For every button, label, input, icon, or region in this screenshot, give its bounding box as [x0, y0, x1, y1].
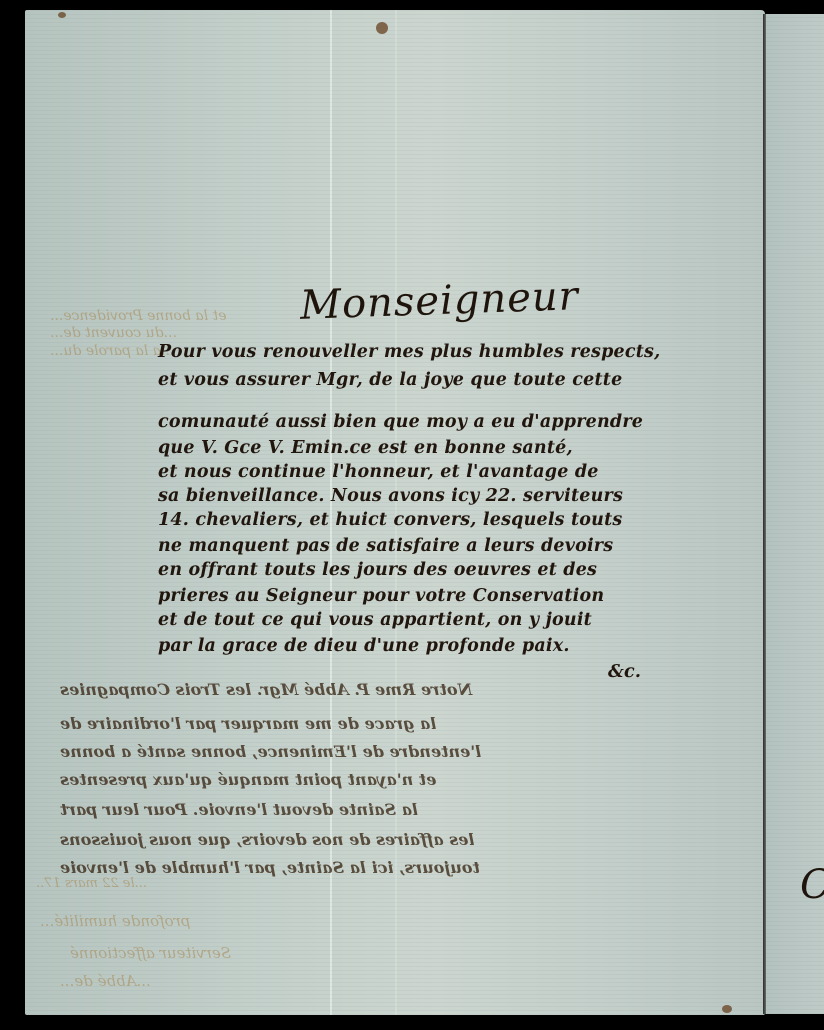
letter-line: ne manquent pas de satisfaire a leurs de… [158, 536, 758, 556]
bleed-through-line: ...a la parole du... [50, 343, 174, 359]
bleed-through-line: la grace de me marquer par l'ordinaire d… [60, 714, 436, 733]
bleed-through-line: ...du couvent de... [50, 325, 177, 341]
salutation: Monseigneur [299, 273, 579, 329]
bleed-through-line: Serviteur affectionné [70, 944, 231, 962]
ink-stain [376, 22, 388, 34]
edge-letter: C [800, 862, 824, 908]
letter-line: en offrant touts les jours des oeuvres e… [158, 560, 758, 580]
bleed-through-date: ...le 22 mars 17.. [36, 876, 147, 891]
letter-line: et de tout ce qui vous appartient, on y … [158, 610, 758, 630]
letter-line: par la grace de dieu d'une profonde paix… [158, 636, 758, 656]
bleed-through-line: Notre Rme P. Abbé Mgr. les Trois Compagn… [60, 680, 472, 699]
ink-stain [722, 1005, 732, 1013]
letter-line: prieres au Seigneur pour votre Conservat… [158, 586, 758, 606]
letter-line: comunauté aussi bien que moy a eu d'appr… [158, 412, 758, 432]
bleed-through-line: toujours, ici la Sainte, par l'humble de… [60, 858, 480, 877]
letter-line: sa bienveillance. Nous avons icy 22. ser… [158, 486, 758, 506]
bleed-through-line: profonde humilité... [40, 912, 190, 930]
bleed-through-line: la Sainte devout l'envoie. Pour leur par… [60, 800, 418, 819]
bleed-through-line: l'entendre de l'Eminence, bonne santé a … [60, 742, 481, 761]
ink-stain [58, 12, 66, 18]
letter-line: 14. chevaliers, et huict convers, lesque… [158, 510, 758, 530]
letter-line: que V. Gce V. Emin.ce est en bonne santé… [158, 438, 758, 458]
bleed-through-line: et la bonne Providence... [50, 308, 226, 324]
letter-line: et vous assurer Mgr, de la joye que tout… [158, 370, 758, 390]
letter-line: Pour vous renouveller mes plus humbles r… [158, 342, 758, 362]
bleed-through-line: les affaires de nos devoirs, que nous jo… [60, 830, 474, 849]
bleed-through-line: ...Abbé de... [60, 972, 151, 990]
letter-line: et nous continue l'honneur, et l'avantag… [158, 462, 758, 482]
bleed-through-line: et n'ayant point manqué qu'aux presentes [60, 770, 436, 789]
continuation-mark: &c. [608, 662, 728, 682]
